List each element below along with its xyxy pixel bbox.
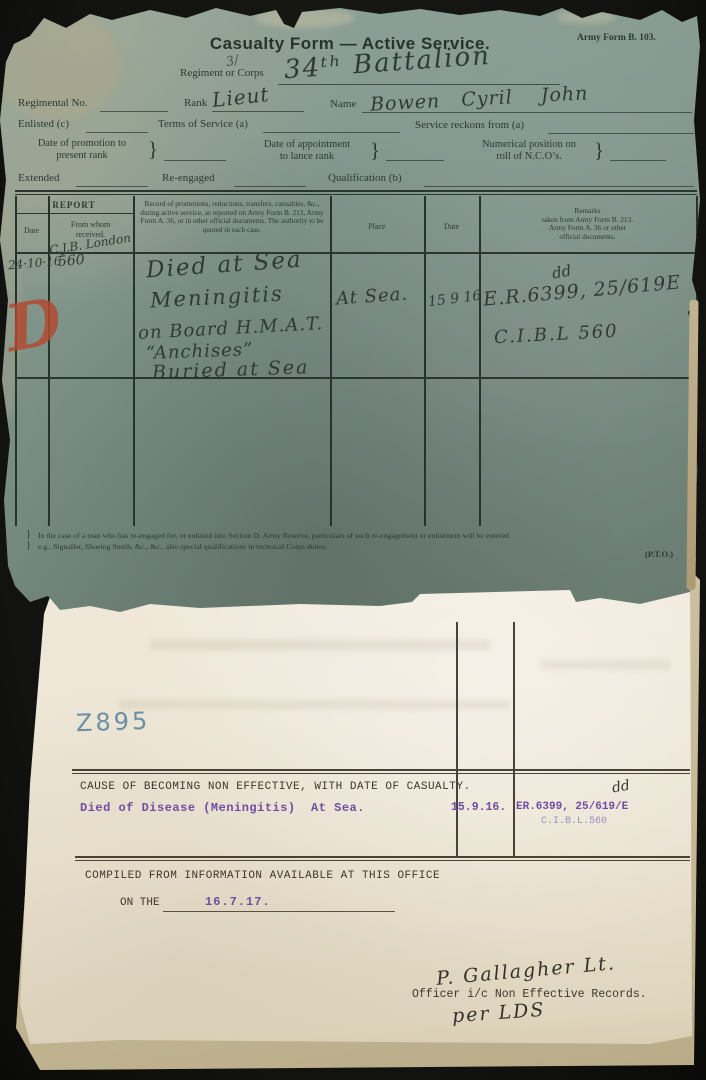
qualification-underline — [424, 186, 694, 187]
reengaged-label: Re-engaged — [162, 172, 215, 184]
terms-label: Terms of Service (a) — [158, 118, 248, 130]
name-value-handwritten: Bowen Cyril John — [370, 82, 589, 115]
row-remarks-flourish: dd — [551, 261, 573, 282]
divider-rule — [75, 856, 690, 861]
name-label: Name — [330, 98, 356, 110]
appointment-label: Date of appointment to lance rank — [244, 139, 370, 163]
service-reckons-underline — [548, 133, 694, 134]
terms-underline — [263, 132, 400, 133]
col-record-header: Record of promotions, reductions, transf… — [138, 200, 326, 234]
reengaged-underline — [234, 186, 306, 187]
rank-underline — [212, 111, 304, 112]
appointment-underline — [386, 160, 444, 161]
footnote-a: In the case of a man who has re-engaged … — [38, 531, 690, 540]
col-place-header: Place — [330, 222, 424, 231]
appointment-brace: } — [370, 138, 380, 163]
reference-code: ER.6399, 25/619/E — [516, 801, 628, 813]
qualification-label: Qualification (b) — [328, 172, 402, 184]
promotion-label: Date of promotion to present rank — [18, 138, 146, 162]
numerical-underline — [610, 160, 666, 161]
row-date2-handwritten: 15 9 16 — [427, 288, 482, 310]
lower-column-line-left — [456, 622, 458, 858]
table-top-double-rule — [15, 190, 697, 195]
table-line — [479, 196, 481, 526]
row-record-handwritten-line: Meningitis — [149, 282, 284, 313]
report-sub-line — [15, 213, 134, 214]
extended-label: Extended — [18, 172, 60, 184]
regimental-no-underline — [100, 111, 168, 112]
reference-code-2: C.I.B.L.560 — [541, 816, 607, 827]
regiment-underline — [278, 84, 560, 85]
row-margin-mark-red: D — [0, 284, 68, 367]
promotion-brace: } — [148, 137, 158, 162]
footnote-brace-a: } — [26, 529, 31, 540]
enlisted-label: Enlisted (c) — [18, 118, 69, 130]
row-place-handwritten: At Sea. — [335, 284, 408, 310]
table-line — [330, 196, 332, 526]
col-remarks-header: Remarks taken from Army Form B. 213. Arm… — [479, 207, 696, 241]
service-reckons-label: Service reckons from (a) — [415, 119, 524, 131]
per-note-handwritten: per LDS — [451, 999, 546, 1027]
cause-value: Died of Disease (Meningitis) At Sea. — [80, 801, 365, 815]
signature-handwritten: P. Gallagher Lt. — [435, 952, 616, 990]
rank-value-handwritten: Lieut — [211, 82, 271, 112]
on-the-label: ON THE — [120, 897, 160, 909]
regiment-note-pencil: 3/ — [225, 53, 240, 70]
numerical-label: Numerical position on roll of N.C.O’s. — [464, 139, 594, 163]
date-underline — [163, 911, 395, 912]
lower-column-line-right — [513, 622, 515, 858]
extended-underline — [76, 186, 148, 187]
col-date2-header: Date — [424, 222, 479, 231]
regiment-label: Regiment or Corps — [180, 67, 264, 79]
table-header-bottom-line — [15, 252, 697, 254]
row-from-whom-handwritten-2: 560 — [57, 252, 85, 270]
pto-note: (P.T.O.) — [645, 549, 673, 559]
divider-rule — [72, 769, 690, 774]
footnote-b: e.g., Signaller, Shoeing Smith, &c., &c.… — [38, 542, 638, 551]
numerical-brace: } — [594, 138, 604, 163]
table-row-divider — [15, 377, 697, 379]
footnote-brace-b: } — [26, 540, 31, 551]
enlisted-underline — [86, 132, 148, 133]
compiled-date: 16.7.17. — [205, 895, 271, 909]
cause-heading: CAUSE OF BECOMING NON EFFECTIVE, WITH DA… — [80, 781, 471, 793]
report-header: REPORT — [15, 200, 133, 210]
rank-label: Rank — [184, 97, 207, 109]
code-flourish-handwritten: dd — [611, 778, 631, 797]
form-number: Army Form B. 103. — [577, 33, 656, 43]
reference-number-handwritten: Z895 — [76, 707, 151, 738]
regimental-no-label: Regimental No. — [18, 97, 88, 109]
row-remarks-handwritten-1: E.R.6399, 25/619E — [482, 271, 682, 310]
table-line — [424, 196, 426, 526]
scanned-casualty-form-page: Z895 CAUSE OF BECOMING NON EFFECTIVE, WI… — [0, 0, 706, 1080]
row-record-handwritten-line: Buried at Sea — [152, 356, 310, 383]
table-line — [133, 196, 135, 526]
compiled-heading: COMPILED FROM INFORMATION AVAILABLE AT T… — [85, 870, 440, 882]
casualty-date: 15.9.16. — [451, 801, 506, 814]
casualty-form-sheet: Army Form B. 103. Casualty Form — Active… — [0, 0, 706, 632]
row-remarks-handwritten-2: C.I.B.L 560 — [494, 321, 620, 348]
promotion-underline — [164, 160, 226, 161]
col-date-header: Date — [15, 226, 48, 235]
